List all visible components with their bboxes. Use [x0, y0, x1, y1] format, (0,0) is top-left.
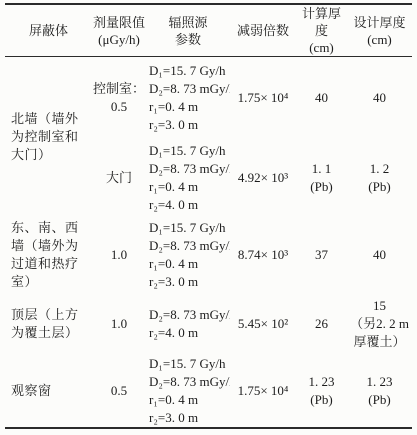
cell-dose-limit: 控制室： 0.5: [92, 57, 146, 139]
cell-dose-limit: 1.0: [92, 293, 146, 355]
cell-calc-thickness: 37: [296, 217, 347, 293]
param-line: D₂=8. 73 mGy/h: [149, 306, 230, 324]
cell-shield-roof: 顶层（上方为覆土层）: [5, 293, 92, 355]
col-header-source-params: 辐照源 参数: [146, 4, 230, 57]
cell-calc-thickness: 1. 23 (Pb): [296, 355, 347, 428]
cell-source-params: D₁=15. 7 Gy/h D₂=8. 73 mGy/h r₁=0. 4 m r…: [146, 57, 230, 139]
param-line: r₂=3. 0 m: [149, 409, 230, 427]
param-line: r₂=4. 0 m: [149, 324, 230, 342]
param-line: r₂=4. 0 m: [149, 196, 230, 214]
shielding-design-table: 屏蔽体 剂量限值 (μGy/h) 辐照源 参数 减弱倍数 计算厚度 (cm): [5, 3, 412, 429]
cell-source-params: D₁=15. 7 Gy/h D₂=8. 73 mGy/h r₁=0. 4 m r…: [146, 139, 230, 217]
cell-dose-limit: 0.5: [92, 355, 146, 428]
table-row-roof: 顶层（上方为覆土层） 1.0 D₂=8. 73 mGy/h r₂=4. 0 m …: [5, 293, 412, 355]
param-line: D₁=15. 7 Gy/h: [149, 219, 230, 237]
col-header-attenuation: 减弱倍数: [230, 4, 296, 57]
cell-design-thickness: 1. 2 (Pb): [347, 139, 412, 217]
cell-design-thickness: 40: [347, 217, 412, 293]
param-line: D₁=15. 7 Gy/h: [149, 355, 230, 373]
cell-shield-observation-window: 观察窗: [5, 355, 92, 428]
cell-calc-thickness: 40: [296, 57, 347, 139]
table-row-observation-window: 观察窗 0.5 D₁=15. 7 Gy/h D₂=8. 73 mGy/h r₁=…: [5, 355, 412, 428]
param-line: r₁=0. 4 m: [149, 255, 230, 273]
param-line: D₂=8. 73 mGy/h: [149, 80, 230, 98]
table-row-north-wall-control-room: 北墙（墙外为控制室和大门） 控制室： 0.5 D₁=15. 7 Gy/h D₂=…: [5, 57, 412, 139]
col-header-design-thickness: 设计厚度 (cm): [347, 4, 412, 57]
cell-attenuation-factor: 4.92× 10³: [230, 139, 296, 217]
param-line: r₂=3. 0 m: [149, 273, 230, 291]
col-header-calc-thickness: 计算厚度 (cm): [296, 4, 347, 57]
param-line: D₂=8. 73 mGy/h: [149, 160, 230, 178]
cell-dose-limit: 大门: [92, 139, 146, 217]
param-line: D₂=8. 73 mGy/h: [149, 373, 230, 391]
header-row: 屏蔽体 剂量限值 (μGy/h) 辐照源 参数 减弱倍数 计算厚度 (cm): [5, 4, 412, 57]
table-row-east-south-west-walls: 东、南、西墙（墙外为过道和热疗室） 1.0 D₁=15. 7 Gy/h D₂=8…: [5, 217, 412, 293]
cell-design-thickness: 40: [347, 57, 412, 139]
cell-shield-esw-walls: 东、南、西墙（墙外为过道和热疗室）: [5, 217, 92, 293]
col-header-shield-label: 屏蔽体: [5, 22, 92, 39]
param-line: r₂=3. 0 m: [149, 116, 230, 134]
cell-dose-limit: 1.0: [92, 217, 146, 293]
cell-source-params: D₁=15. 7 Gy/h D₂=8. 73 mGy/h r₁=0. 4 m r…: [146, 217, 230, 293]
param-line: r₁=0. 4 m: [149, 178, 230, 196]
cell-source-params: D₁=15. 7 Gy/h D₂=8. 73 mGy/h r₁=0. 4 m r…: [146, 355, 230, 428]
cell-calc-thickness: 26: [296, 293, 347, 355]
param-line: r₁=0. 4 m: [149, 98, 230, 116]
cell-attenuation-factor: 8.74× 10³: [230, 217, 296, 293]
cell-calc-thickness: 1. 1 (Pb): [296, 139, 347, 217]
col-header-dose-limit: 剂量限值 (μGy/h): [92, 4, 146, 57]
param-line: D₁=15. 7 Gy/h: [149, 62, 230, 80]
cell-source-params: D₂=8. 73 mGy/h r₂=4. 0 m: [146, 293, 230, 355]
cell-shield-north-wall: 北墙（墙外为控制室和大门）: [5, 57, 92, 217]
cell-design-thickness: 1. 23 (Pb): [347, 355, 412, 428]
cell-attenuation-factor: 1.75× 10⁴: [230, 355, 296, 428]
param-line: D₂=8. 73 mGy/h: [149, 237, 230, 255]
param-line: D₁=15. 7 Gy/h: [149, 142, 230, 160]
col-header-shield: 屏蔽体: [5, 4, 92, 57]
cell-attenuation-factor: 1.75× 10⁴: [230, 57, 296, 139]
cell-design-thickness: 15 （另2. 2 m 厚覆土）: [347, 293, 412, 355]
document-page: 屏蔽体 剂量限值 (μGy/h) 辐照源 参数 减弱倍数 计算厚度 (cm): [0, 0, 417, 429]
cell-attenuation-factor: 5.45× 10²: [230, 293, 296, 355]
param-line: r₁=0. 4 m: [149, 391, 230, 409]
